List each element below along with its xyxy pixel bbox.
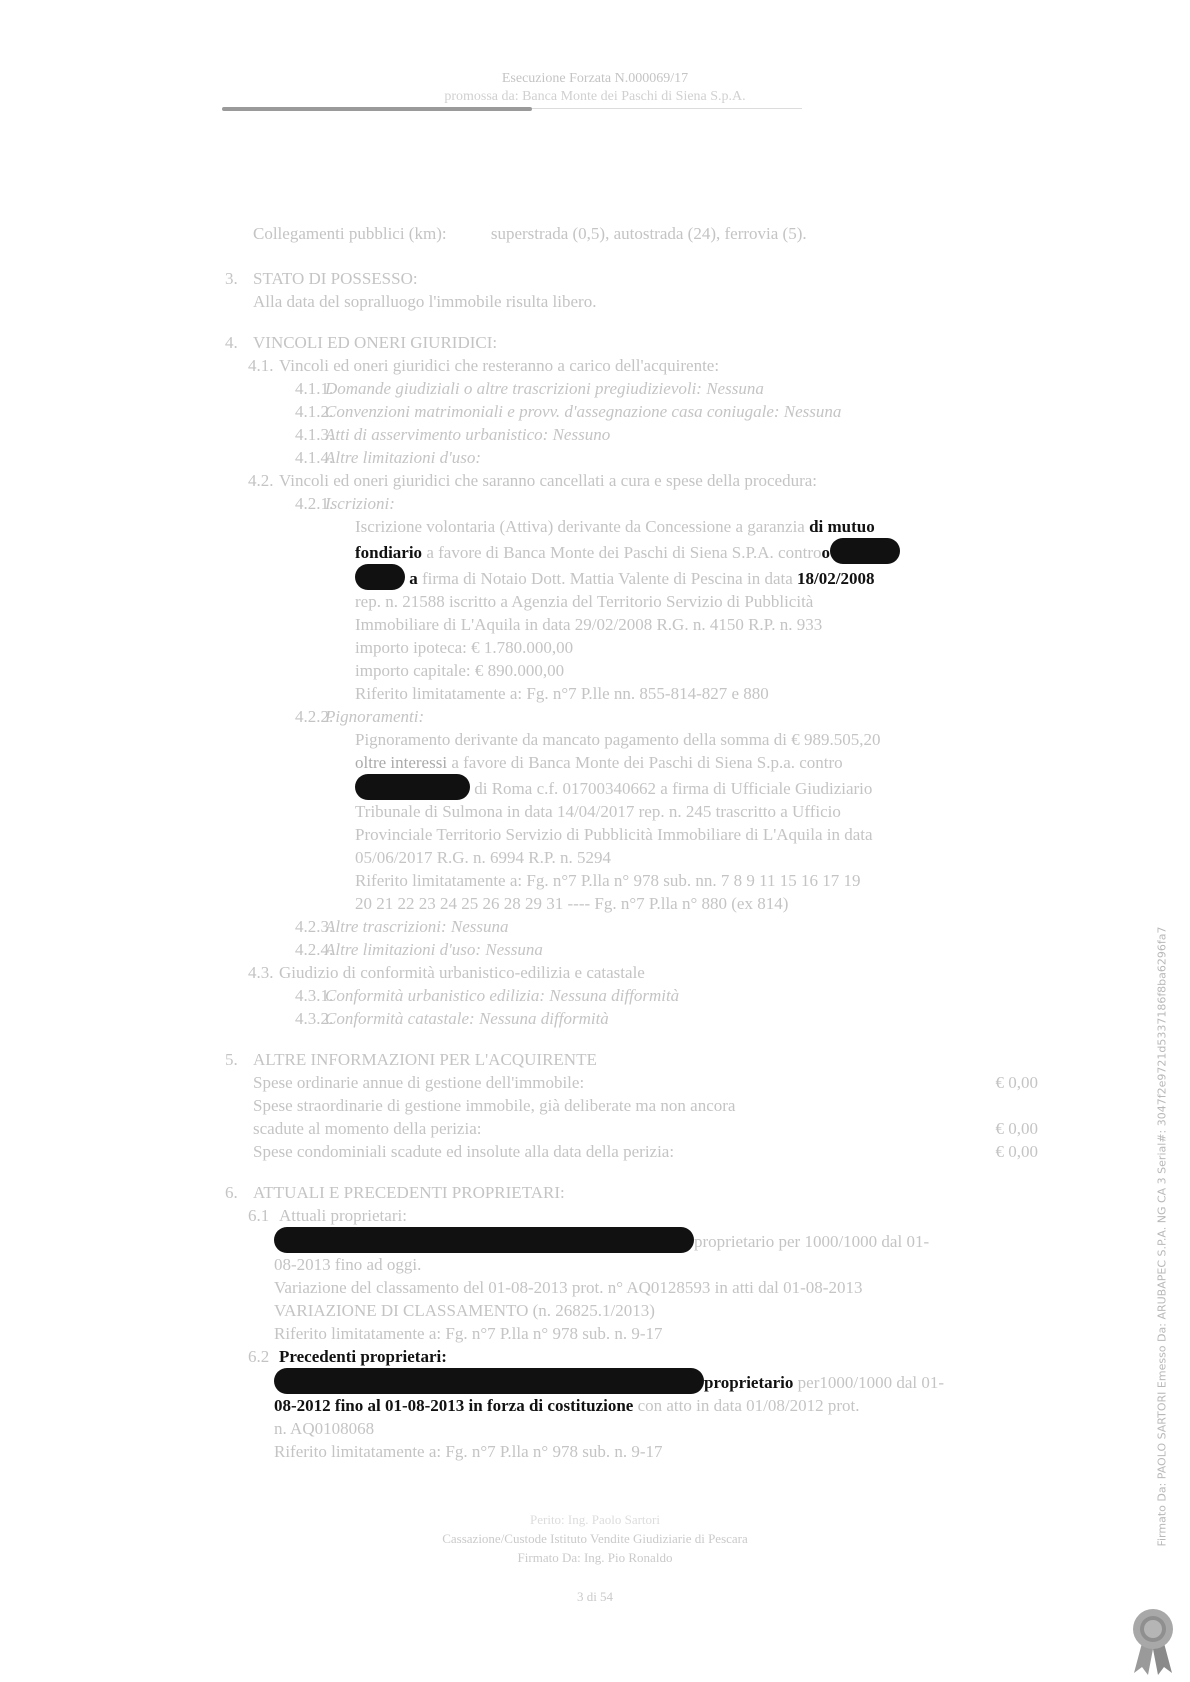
section-4-3-heading: 4.3. Giudizio di conformità urbanistico-… (225, 961, 1025, 984)
header-rule (222, 107, 532, 111)
footer-expert: Perito: Ing. Paolo Sartori (0, 1510, 1190, 1529)
section-4-2-3: 4.2.3.Altre trascrizioni: Nessuna (225, 915, 1025, 938)
redaction-owner-name (274, 1227, 694, 1253)
section-4-1-3: 4.1.3.Atti di asservimento urbanistico: … (225, 423, 1025, 446)
section-4-2-4: 4.2.4.Altre limitazioni d'uso: Nessuna (225, 938, 1025, 961)
cost-row-extraordinary-cont: scadute al momento della perizia: € 0,00 (225, 1117, 1038, 1140)
collegamenti-label: Collegamenti pubblici (km): (253, 224, 447, 243)
section-4-1-heading: 4.1. Vincoli ed oneri giuridici che rest… (225, 354, 1025, 377)
previous-owners-block: proprietario per1000/1000 dal 01- 08-201… (225, 1368, 1054, 1463)
section-3-heading: 3. STATO DI POSSESSO: (225, 267, 1025, 290)
section-3-text: Alla data del sopralluogo l'immobile ris… (225, 290, 1025, 313)
collegamenti-row: Collegamenti pubblici (km): superstrada … (225, 222, 1025, 245)
redaction-owner-name (274, 1368, 704, 1394)
section-4-1-4: 4.1.4.Altre limitazioni d'uso: (225, 446, 1025, 469)
section-5-heading: 5. ALTRE INFORMAZIONI PER L'ACQUIRENTE (225, 1048, 1025, 1071)
section-6-1-heading: 6.1 Attuali proprietari: (225, 1204, 1025, 1227)
section-4-3-2: 4.3.2.Conformità catastale: Nessuna diff… (225, 1007, 1025, 1030)
section-4-2-heading: 4.2. Vincoli ed oneri giuridici che sara… (225, 469, 1025, 492)
section-6-heading: 6. ATTUALI E PRECEDENTI PROPRIETARI: (225, 1181, 1025, 1204)
certificate-seal-icon (1128, 1605, 1178, 1677)
pignoramenti-block: Pignoramento derivante da mancato pagame… (225, 728, 1055, 915)
iscrizioni-block: Iscrizione volontaria (Attiva) derivante… (225, 515, 1055, 705)
section-4-3-1: 4.3.1.Conformità urbanistico edilizia: N… (225, 984, 1025, 1007)
section-4-heading: 4. VINCOLI ED ONERI GIURIDICI: (225, 331, 1025, 354)
footer-signed: Firmato Da: Ing. Pio Ronaldo (0, 1548, 1190, 1567)
cost-row-ordinary: Spese ordinarie annue di gestione dell'i… (225, 1071, 1038, 1094)
page-number: 3 di 54 (0, 1587, 1190, 1606)
section-4-2-1-heading: 4.2.1.Iscrizioni: (225, 492, 1025, 515)
header-promoted-by: promossa da: Banca Monte dei Paschi di S… (0, 88, 1190, 106)
page-footer: Perito: Ing. Paolo Sartori Cassazione/Cu… (0, 1510, 1190, 1606)
header-rule-thin (532, 108, 802, 109)
redaction-name (355, 564, 405, 590)
header-case-number: Esecuzione Forzata N.000069/17 (0, 70, 1190, 88)
redaction-name (355, 774, 470, 800)
redaction-name (830, 538, 900, 564)
document-body: Collegamenti pubblici (km): superstrada … (225, 222, 1025, 1463)
page-header: Esecuzione Forzata N.000069/17 promossa … (0, 70, 1190, 106)
section-4-2-2-heading: 4.2.2.Pignoramenti: (225, 705, 1025, 728)
cost-row-extraordinary: Spese straordinarie di gestione immobile… (225, 1094, 1038, 1117)
section-4-1-1: 4.1.1.Domande giudiziali o altre trascri… (225, 377, 1025, 400)
cost-row-condominium: Spese condominiali scadute ed insolute a… (225, 1140, 1038, 1163)
section-6-2-heading: 6.2 Precedenti proprietari: (225, 1345, 1025, 1368)
current-owners-block: proprietario per 1000/1000 dal 01- 08-20… (225, 1227, 1054, 1345)
collegamenti-value: superstrada (0,5), autostrada (24), ferr… (491, 224, 807, 243)
digital-signature-stamp: Firmato Da: PAOLO SARTORI Emesso Da: ARU… (1152, 830, 1166, 1650)
section-4-1-2: 4.1.2.Convenzioni matrimoniali e provv. … (225, 400, 1025, 423)
footer-custodian: Cassazione/Custode Istituto Vendite Giud… (0, 1529, 1190, 1548)
